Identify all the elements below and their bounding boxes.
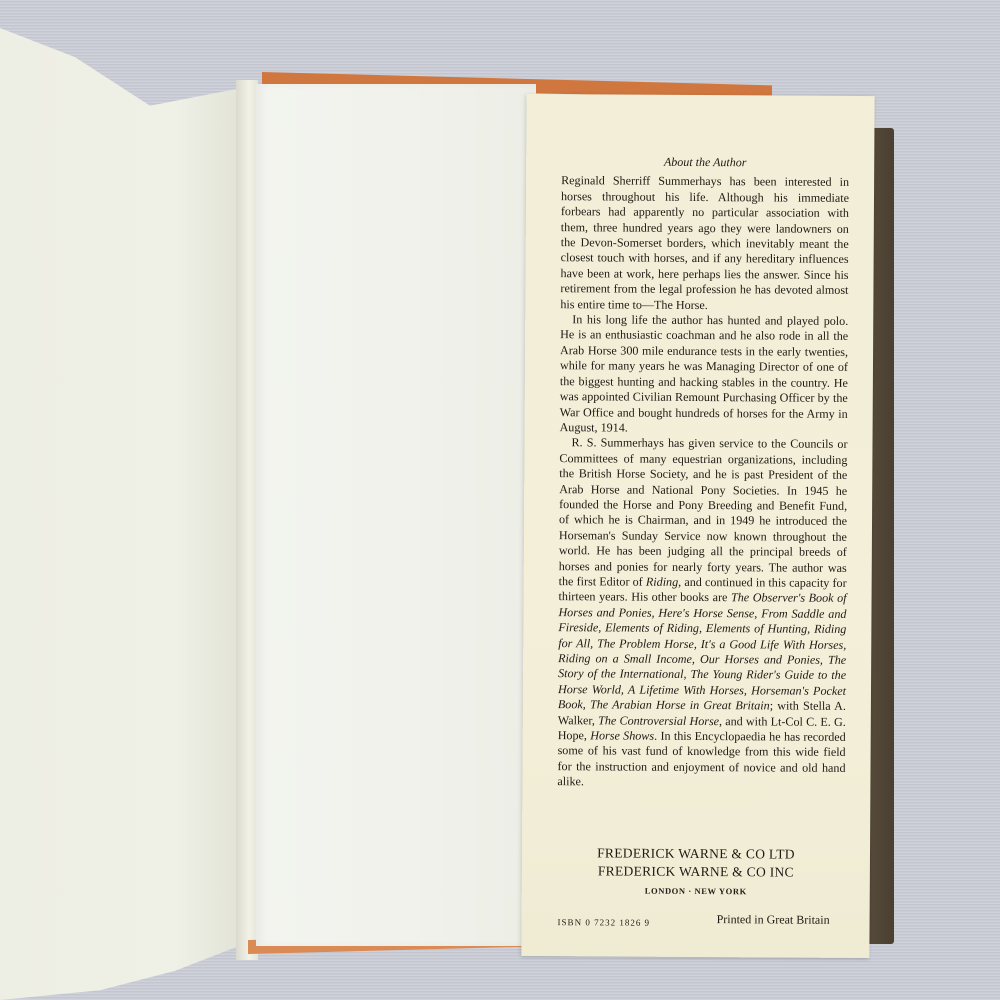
author-bio: About the Author Reginald Sherriff Summe… bbox=[557, 154, 849, 791]
flyleaf-page bbox=[256, 84, 536, 946]
dust-jacket-flap: About the Author Reginald Sherriff Summe… bbox=[521, 94, 874, 958]
bio-paragraph-3: R. S. Summerhays has given service to th… bbox=[557, 435, 847, 791]
book-title: Riding bbox=[646, 575, 678, 589]
publisher-line-1: FREDERICK WARNE & CO LTD bbox=[522, 844, 870, 864]
bio-heading: About the Author bbox=[561, 154, 849, 171]
book-title: The Controversial Horse bbox=[598, 713, 719, 728]
publisher-line-2: FREDERICK WARNE & CO INC bbox=[522, 862, 870, 882]
publisher-block: FREDERICK WARNE & CO LTD FREDERICK WARNE… bbox=[522, 844, 870, 897]
bio-paragraph-1: Reginald Sherriff Summerhays has been in… bbox=[560, 174, 849, 314]
book-title: Horse Shows bbox=[590, 728, 654, 742]
left-endpaper bbox=[0, 28, 250, 1000]
isbn: ISBN 0 7232 1826 9 bbox=[558, 917, 651, 928]
bio-paragraph-2: In his long life the author has hunted a… bbox=[560, 312, 849, 437]
bio-text: R. S. Summerhays has given service to th… bbox=[559, 436, 848, 589]
book-titles: The Observer's Book of Horses and Ponies… bbox=[558, 591, 847, 713]
printed-in: Printed in Great Britain bbox=[717, 912, 830, 928]
book-gutter bbox=[236, 80, 258, 960]
publisher-cities: LONDON · NEW YORK bbox=[522, 885, 870, 897]
